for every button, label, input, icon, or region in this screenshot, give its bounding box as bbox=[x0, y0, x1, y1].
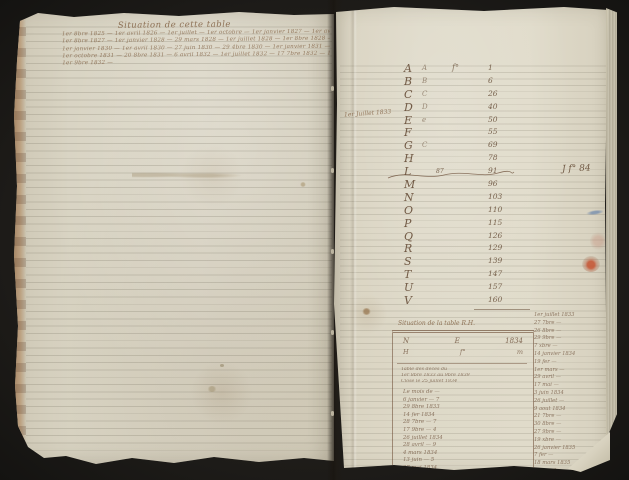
index-folio-number: 1 bbox=[488, 63, 493, 72]
margin-entry-line: 26 juillet — bbox=[534, 398, 606, 406]
stitch-mark bbox=[331, 168, 334, 173]
bottom-table-title: Situation de la table R.H. bbox=[398, 320, 475, 327]
bottom-table: NE1834 Hf°m Table des décès du1er 8bre 1… bbox=[392, 330, 534, 474]
margin-entry-line: 21 7bre — bbox=[534, 413, 606, 421]
index-row: P115 bbox=[404, 217, 604, 230]
archival-scan: { "document_type": "handwritten register… bbox=[0, 0, 629, 480]
index-letter: V bbox=[404, 294, 412, 307]
table-header-cell: f° bbox=[460, 348, 466, 356]
table-entries: Le mois de —6 janvier — 729 8bre 183314 … bbox=[403, 389, 529, 473]
margin-entry-line: 29 9bre — bbox=[534, 335, 606, 343]
index-letter: N bbox=[404, 191, 414, 204]
index-letter: Q bbox=[404, 230, 413, 243]
table-entry-line: 29 8bre 1833 bbox=[403, 404, 529, 412]
index-letter: D bbox=[404, 101, 413, 114]
index-row: BB6 bbox=[404, 75, 604, 88]
index-folio-number: 96 bbox=[488, 179, 498, 188]
index-folio-number: 40 bbox=[488, 102, 498, 111]
table-header-cell: H bbox=[403, 348, 409, 356]
ruled-lines-left bbox=[26, 20, 332, 456]
index-row: AAf°1 bbox=[404, 62, 604, 75]
red-wax-seal-mark bbox=[582, 256, 600, 272]
index-letter: F bbox=[404, 126, 412, 139]
index-letter: R bbox=[404, 242, 412, 255]
index-folio-number: 115 bbox=[488, 218, 502, 227]
stitch-mark bbox=[331, 330, 334, 335]
margin-entry-line: 19 fer — bbox=[534, 359, 606, 367]
table-header-cell: 1834 bbox=[505, 337, 523, 345]
index-letter: B bbox=[404, 75, 412, 88]
index-row: R129 bbox=[404, 242, 604, 255]
table-header-cell: E bbox=[455, 337, 460, 345]
page-crease bbox=[350, 4, 357, 474]
margin-entry-line: 3 juin 1834 bbox=[534, 390, 606, 398]
index-letter-small: A bbox=[422, 64, 427, 72]
right-page: 1er Juillet 1833 AAf°1BB6CC26DD40Ee50F55… bbox=[334, 4, 614, 474]
table-divider bbox=[397, 363, 527, 364]
left-page: Situation de cette table 1er 8bre 1825 —… bbox=[4, 6, 334, 466]
index-side-note: J f° 84 bbox=[562, 164, 591, 175]
index-row: O110 bbox=[404, 204, 604, 217]
index-letter: C bbox=[404, 88, 412, 101]
faint-bleedthrough-marks bbox=[132, 170, 252, 180]
index-letter-small: C bbox=[422, 90, 427, 98]
margin-entry-line: 30 8bre — bbox=[534, 421, 606, 429]
index-folio-number: 110 bbox=[488, 205, 502, 214]
table-header-row-2: Hf°m bbox=[403, 348, 523, 356]
index-row: M96 bbox=[404, 178, 604, 191]
index-letter-small: e bbox=[422, 116, 426, 124]
table-entry-line: 6 janvier — 7 bbox=[403, 397, 529, 405]
paper-stain bbox=[300, 182, 306, 187]
index-row: GC69 bbox=[404, 139, 604, 152]
stitch-mark bbox=[331, 249, 334, 254]
index-row: DD40 bbox=[404, 101, 604, 114]
index-row: T147 bbox=[404, 268, 604, 281]
index-folio-number: 160 bbox=[488, 295, 502, 304]
table-note-line: Close le 25 juillet 1834 bbox=[401, 379, 527, 385]
index-row: U157 bbox=[404, 281, 604, 294]
index-folio-number: 139 bbox=[488, 256, 502, 265]
margin-entry-line: 9 aout 1834 bbox=[534, 406, 606, 414]
margin-entry-line: 14 janvier 1834 bbox=[534, 351, 606, 359]
index-letter: E bbox=[404, 114, 412, 127]
binding-torn-edge bbox=[4, 6, 26, 466]
index-folio-number: 147 bbox=[488, 269, 502, 278]
index-folio-number: 55 bbox=[488, 127, 498, 136]
margin-entry-line: 17 mai — bbox=[534, 382, 606, 390]
index-letter: O bbox=[404, 204, 413, 217]
margin-entry-line: 26 8bre — bbox=[534, 328, 606, 336]
table-entry-line: 4 mars 1834 bbox=[403, 450, 529, 458]
index-folio-number: 78 bbox=[488, 153, 498, 162]
left-page-header: Situation de cette table 1er 8bre 1825 —… bbox=[62, 19, 330, 68]
index-letter-small: C bbox=[422, 141, 427, 149]
index-row: Q126 bbox=[404, 230, 604, 243]
ink-speck bbox=[220, 364, 224, 367]
index-folio-number: 129 bbox=[488, 243, 502, 252]
index-folio-number: 103 bbox=[488, 192, 502, 201]
index-letter: H bbox=[404, 152, 414, 165]
index-letter-small: B bbox=[422, 77, 427, 85]
faded-seal-blot bbox=[590, 232, 606, 250]
index-folio-number: 157 bbox=[488, 282, 502, 291]
index-row: S139 bbox=[404, 255, 604, 268]
index-letter: P bbox=[404, 217, 411, 230]
margin-entry-line: 1er mars — bbox=[534, 367, 606, 375]
index-folio-number: 6 bbox=[488, 76, 493, 85]
table-header-cell: N bbox=[403, 337, 409, 345]
index-letter: G bbox=[404, 139, 413, 152]
stitch-mark bbox=[331, 86, 334, 91]
index-folio-number: 126 bbox=[488, 231, 502, 240]
index-row: Ee50 bbox=[404, 114, 604, 127]
table-entry-line: 27 mai 1834 bbox=[403, 465, 529, 473]
index-folio-number: 69 bbox=[488, 140, 498, 149]
index-letter: U bbox=[404, 281, 413, 294]
index-folio-number: 26 bbox=[488, 89, 498, 98]
table-entry-line: 14 fer 1834 bbox=[403, 412, 529, 420]
left-page-date-lines: 1er 8bre 1825 — 1er avril 1826 — 1er jui… bbox=[62, 29, 330, 68]
ink-blot bbox=[362, 308, 371, 315]
margin-entry-line: 29 avril — bbox=[534, 374, 606, 382]
table-header-row-1: NE1834 bbox=[403, 337, 523, 345]
folio-mark: f° bbox=[452, 63, 459, 72]
index-row: F55 bbox=[404, 126, 604, 139]
table-entry-line: 28 avril — 9 bbox=[403, 442, 529, 450]
strike-note: 87 bbox=[436, 168, 444, 175]
page-edge-stack bbox=[606, 8, 617, 440]
index-letter-small: D bbox=[422, 103, 428, 111]
table-entry-line: Le mois de — bbox=[403, 389, 529, 397]
index-letter: S bbox=[404, 255, 412, 268]
index-folio-number: 91 bbox=[488, 166, 498, 175]
table-entry-line: 28 7bre — 7 bbox=[403, 419, 529, 427]
margin-entry-line: 7 xbre — bbox=[534, 343, 606, 351]
paper-stain bbox=[207, 386, 217, 392]
table-header-cell: m bbox=[517, 348, 523, 356]
alphabetical-index: AAf°1BB6CC26DD40Ee50F55GC69H78L8791M96N1… bbox=[404, 62, 604, 307]
table-notes: Table des décès du1er 8bre 1833 au 9bre … bbox=[401, 367, 527, 386]
index-row: CC26 bbox=[404, 88, 604, 101]
table-entry-line: 13 juin — 5 bbox=[403, 457, 529, 465]
margin-entry-line: 19 xbre — bbox=[534, 437, 606, 445]
index-end-rule bbox=[474, 309, 530, 310]
table-entry-line: 26 juillet 1834 bbox=[403, 435, 529, 443]
index-letter: T bbox=[404, 268, 411, 281]
index-row: V160 bbox=[404, 294, 604, 307]
table-entry-line: 17 9bre — 4 bbox=[403, 427, 529, 435]
margin-entry-line: 27 7bre — bbox=[534, 320, 606, 328]
index-letter: M bbox=[404, 178, 415, 191]
margin-entry-line: 1er juillet 1833 bbox=[534, 312, 606, 320]
margin-entry-line: 27 9bre — bbox=[534, 429, 606, 437]
index-letter: A bbox=[404, 62, 412, 75]
index-row: N103 bbox=[404, 191, 604, 204]
stitch-mark bbox=[331, 411, 334, 416]
index-folio-number: 50 bbox=[488, 115, 498, 124]
